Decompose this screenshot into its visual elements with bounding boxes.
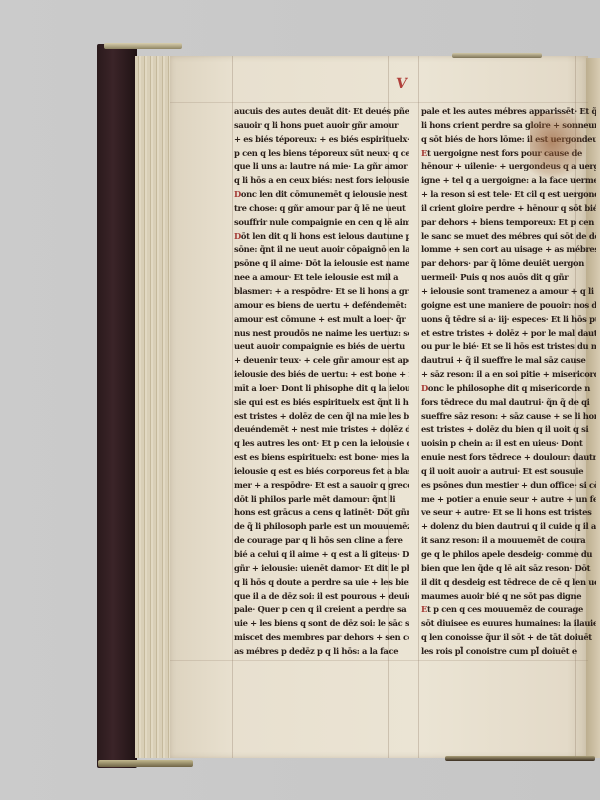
text-line: es psōnes dun mestier + dun office· si c… xyxy=(421,479,596,493)
metal-clasp-bottom-left xyxy=(98,760,193,767)
text-line: et estre tristes + dolēz + por le mal da… xyxy=(421,327,596,341)
text-line: nee a amour· Et tele ielousie est mil a xyxy=(234,271,409,285)
text-line: maumes auoir bié q ne sōt pas digne xyxy=(421,590,596,604)
text-line: p cen q les biens téporeux sūt neux· q c… xyxy=(234,147,409,161)
ruling-line-horizontal xyxy=(170,102,588,103)
text-column-left: aucuis des autes deuãt dit· Et deués pñe… xyxy=(234,105,409,659)
text-line: est tristes + dolēz du bien q il uoit q … xyxy=(421,423,596,437)
text-line: amour est cōmune + est mult a loer· q̃r xyxy=(234,313,409,327)
text-line: + dolenz du bien dautrui q il cuide q il… xyxy=(421,520,596,534)
text-line: ielousie q est es biés corporeus fet a b… xyxy=(234,465,409,479)
text-line: ve seur + autre· Et se li hons est trist… xyxy=(421,506,596,520)
text-line: nus nest proudōs ne naime les uertuz: sē… xyxy=(234,327,409,341)
text-line: sōt diuisee es euures humaines: la ilaui… xyxy=(421,617,596,631)
text-line: ou pur le bié· Et se li hōs est tristes … xyxy=(421,340,596,354)
text-line: gñr + ielousie: uienēt damor· Et dit le … xyxy=(234,562,409,576)
text-line: il crient gloire perdre + hēnour q sōt b… xyxy=(421,202,596,216)
text-line: sie qui est es biés espirituelx est q̃nt… xyxy=(234,396,409,410)
text-line: uermeil· Puis q nos auōs dit q gñr xyxy=(421,271,596,285)
text-line: uons q̃ tēdre si a· iij· especes· Et li … xyxy=(421,313,596,327)
metal-clasp-top-right xyxy=(452,53,542,58)
text-line: est es biens espirituelx: est bone· mes … xyxy=(234,451,409,465)
text-line: deuéndemēt + nest mie tristes + dolēz de… xyxy=(234,423,409,437)
text-line: Et p cen q ces mouuemēz de courage xyxy=(421,603,596,617)
text-line: uoisin p chein a: il est en uieus· Dont xyxy=(421,437,596,451)
text-line: hons est grācus a cens q latinēt· Dōt gñ… xyxy=(234,506,409,520)
text-line: enuie nest fors tēdrece + doulour: dautr… xyxy=(421,451,596,465)
text-line: aucuis des autes deuãt dit· Et deués pñe… xyxy=(234,105,409,119)
text-line: de q̃ li philosoph parle est un mouuemēz xyxy=(234,520,409,534)
text-line: + es biés téporeux: + es biés espirituel… xyxy=(234,133,409,147)
text-line: q les autres les ont· Et p cen la ielous… xyxy=(234,437,409,451)
text-line: fors tēdrece du mal dautrui· q̃n q̃ de q… xyxy=(421,396,596,410)
text-line: miscet des membres par dehors + sen cort xyxy=(234,631,409,645)
text-line: amour es biens de uertu + deféndemēt: te… xyxy=(234,299,409,313)
text-column-right: pale et les autes mébres apparissēt· Et … xyxy=(421,105,596,659)
text-line: q li hōs q doute a perdre sa uie + les b… xyxy=(234,576,409,590)
stacked-page-edges xyxy=(135,56,175,758)
text-line: tre chose: q gñr amour par q̃ lē ne ueut xyxy=(234,202,409,216)
text-line: Donc le philosophe dit q misericorde n xyxy=(421,382,596,396)
metal-clasp-bottom-right xyxy=(445,756,595,761)
text-line: Donc len dit cōmunemēt q ielousie nest a… xyxy=(234,188,409,202)
ruling-line-vertical xyxy=(418,56,419,758)
text-line: sōne: q̃nt il ne ueut auoir cōpaignō en … xyxy=(234,243,409,257)
ruling-line-horizontal xyxy=(170,660,588,661)
text-line: uie + les biens q sont de dēz soi: le sā… xyxy=(234,617,409,631)
text-line: q len conoisse q̃ur il sōt + de tāt doiu… xyxy=(421,631,596,645)
text-line: ueut auoir compaignie es biés de uertu xyxy=(234,340,409,354)
text-line: il dit q desdeig est tēdrece de cē q len… xyxy=(421,576,596,590)
water-stain xyxy=(530,113,585,178)
text-line: ielousie des biés de uertu: + est bone +… xyxy=(234,368,409,382)
text-line: as mébres p dedēz p q li hōs: a la face xyxy=(234,645,409,659)
text-line: q il uoit auoir a autrui· Et est sousuie xyxy=(421,465,596,479)
text-line: que li uns a: lautre ná mie· La gñr amor xyxy=(234,160,409,174)
folio-mark: V xyxy=(395,76,408,92)
text-line: est tristes + dolēz de cen q̃l na mie le… xyxy=(234,410,409,424)
text-line: + sāz reson: il a en soi pitie + miseric… xyxy=(421,368,596,382)
ruling-line-vertical xyxy=(232,56,233,758)
text-line: mer + a respōdre· Et est a sauoir q grec… xyxy=(234,479,409,493)
text-line: les rois pl̃ conoistre cum pl̃ doiuēt e xyxy=(421,645,596,659)
text-line: sueffre sāz reson: + sāz cause + se li h… xyxy=(421,410,596,424)
text-line: q li hōs a en ceux biés: nest fors ielou… xyxy=(234,174,409,188)
text-line: bien que len q̃de q lē ait sāz reson· Dō… xyxy=(421,562,596,576)
text-line: que il a de dēz soi: il est pourous + de… xyxy=(234,590,409,604)
text-line: de courage par q li hōs sen cline a fere xyxy=(234,534,409,548)
text-line: + ielousie sont tramenez a amour + q li xyxy=(421,285,596,299)
text-line: dautrui + q̃ il sueffre le mal sāz cause xyxy=(421,354,596,368)
text-line: bié a celui q il aime + q est a li giteu… xyxy=(234,548,409,562)
text-line: mīt a loer· Dont li phisophe dit q la ie… xyxy=(234,382,409,396)
text-line: souffrir nule compaignie en cen q lē aim… xyxy=(234,216,409,230)
text-line: sauoir q li hons puet auoir gñr amour xyxy=(234,119,409,133)
text-line: lomme + sen cort au uisage + as mébres xyxy=(421,243,596,257)
text-line: + deuenir teux· + cele gñr amour est ape… xyxy=(234,354,409,368)
text-line: dōt li philos parle mēt damour: q̃nt li xyxy=(234,493,409,507)
text-line: pale· Quer p cen q il creient a perdre s… xyxy=(234,603,409,617)
text-line: par dehors· par q̃ lōme deuiēt uergon xyxy=(421,257,596,271)
text-line: me + potier a enuie seur + autre + un fe xyxy=(421,493,596,507)
text-line: + la reson si est tele· Et cil q est uer… xyxy=(421,188,596,202)
text-line: Dōt len dit q li hons est ielous dautune… xyxy=(234,230,409,244)
text-line: goigne est une maniere de pouoir: nos de xyxy=(421,299,596,313)
text-line: par dehors + biens temporeux: Et p cen xyxy=(421,216,596,230)
metal-clasp-top-left xyxy=(104,43,182,49)
text-line: ge q le philos apele desdeig· comme du xyxy=(421,548,596,562)
book-cover-spine xyxy=(97,44,137,768)
text-line: it sanz reson: il a mouuemēt de coura xyxy=(421,534,596,548)
text-line: blasmer: + a respōdre· Et se li hons a g… xyxy=(234,285,409,299)
text-line: psōne q il aime· Dōt la ielousie est nam… xyxy=(234,257,409,271)
text-line: le sanc se muet des mébres qui sōt de dē… xyxy=(421,230,596,244)
